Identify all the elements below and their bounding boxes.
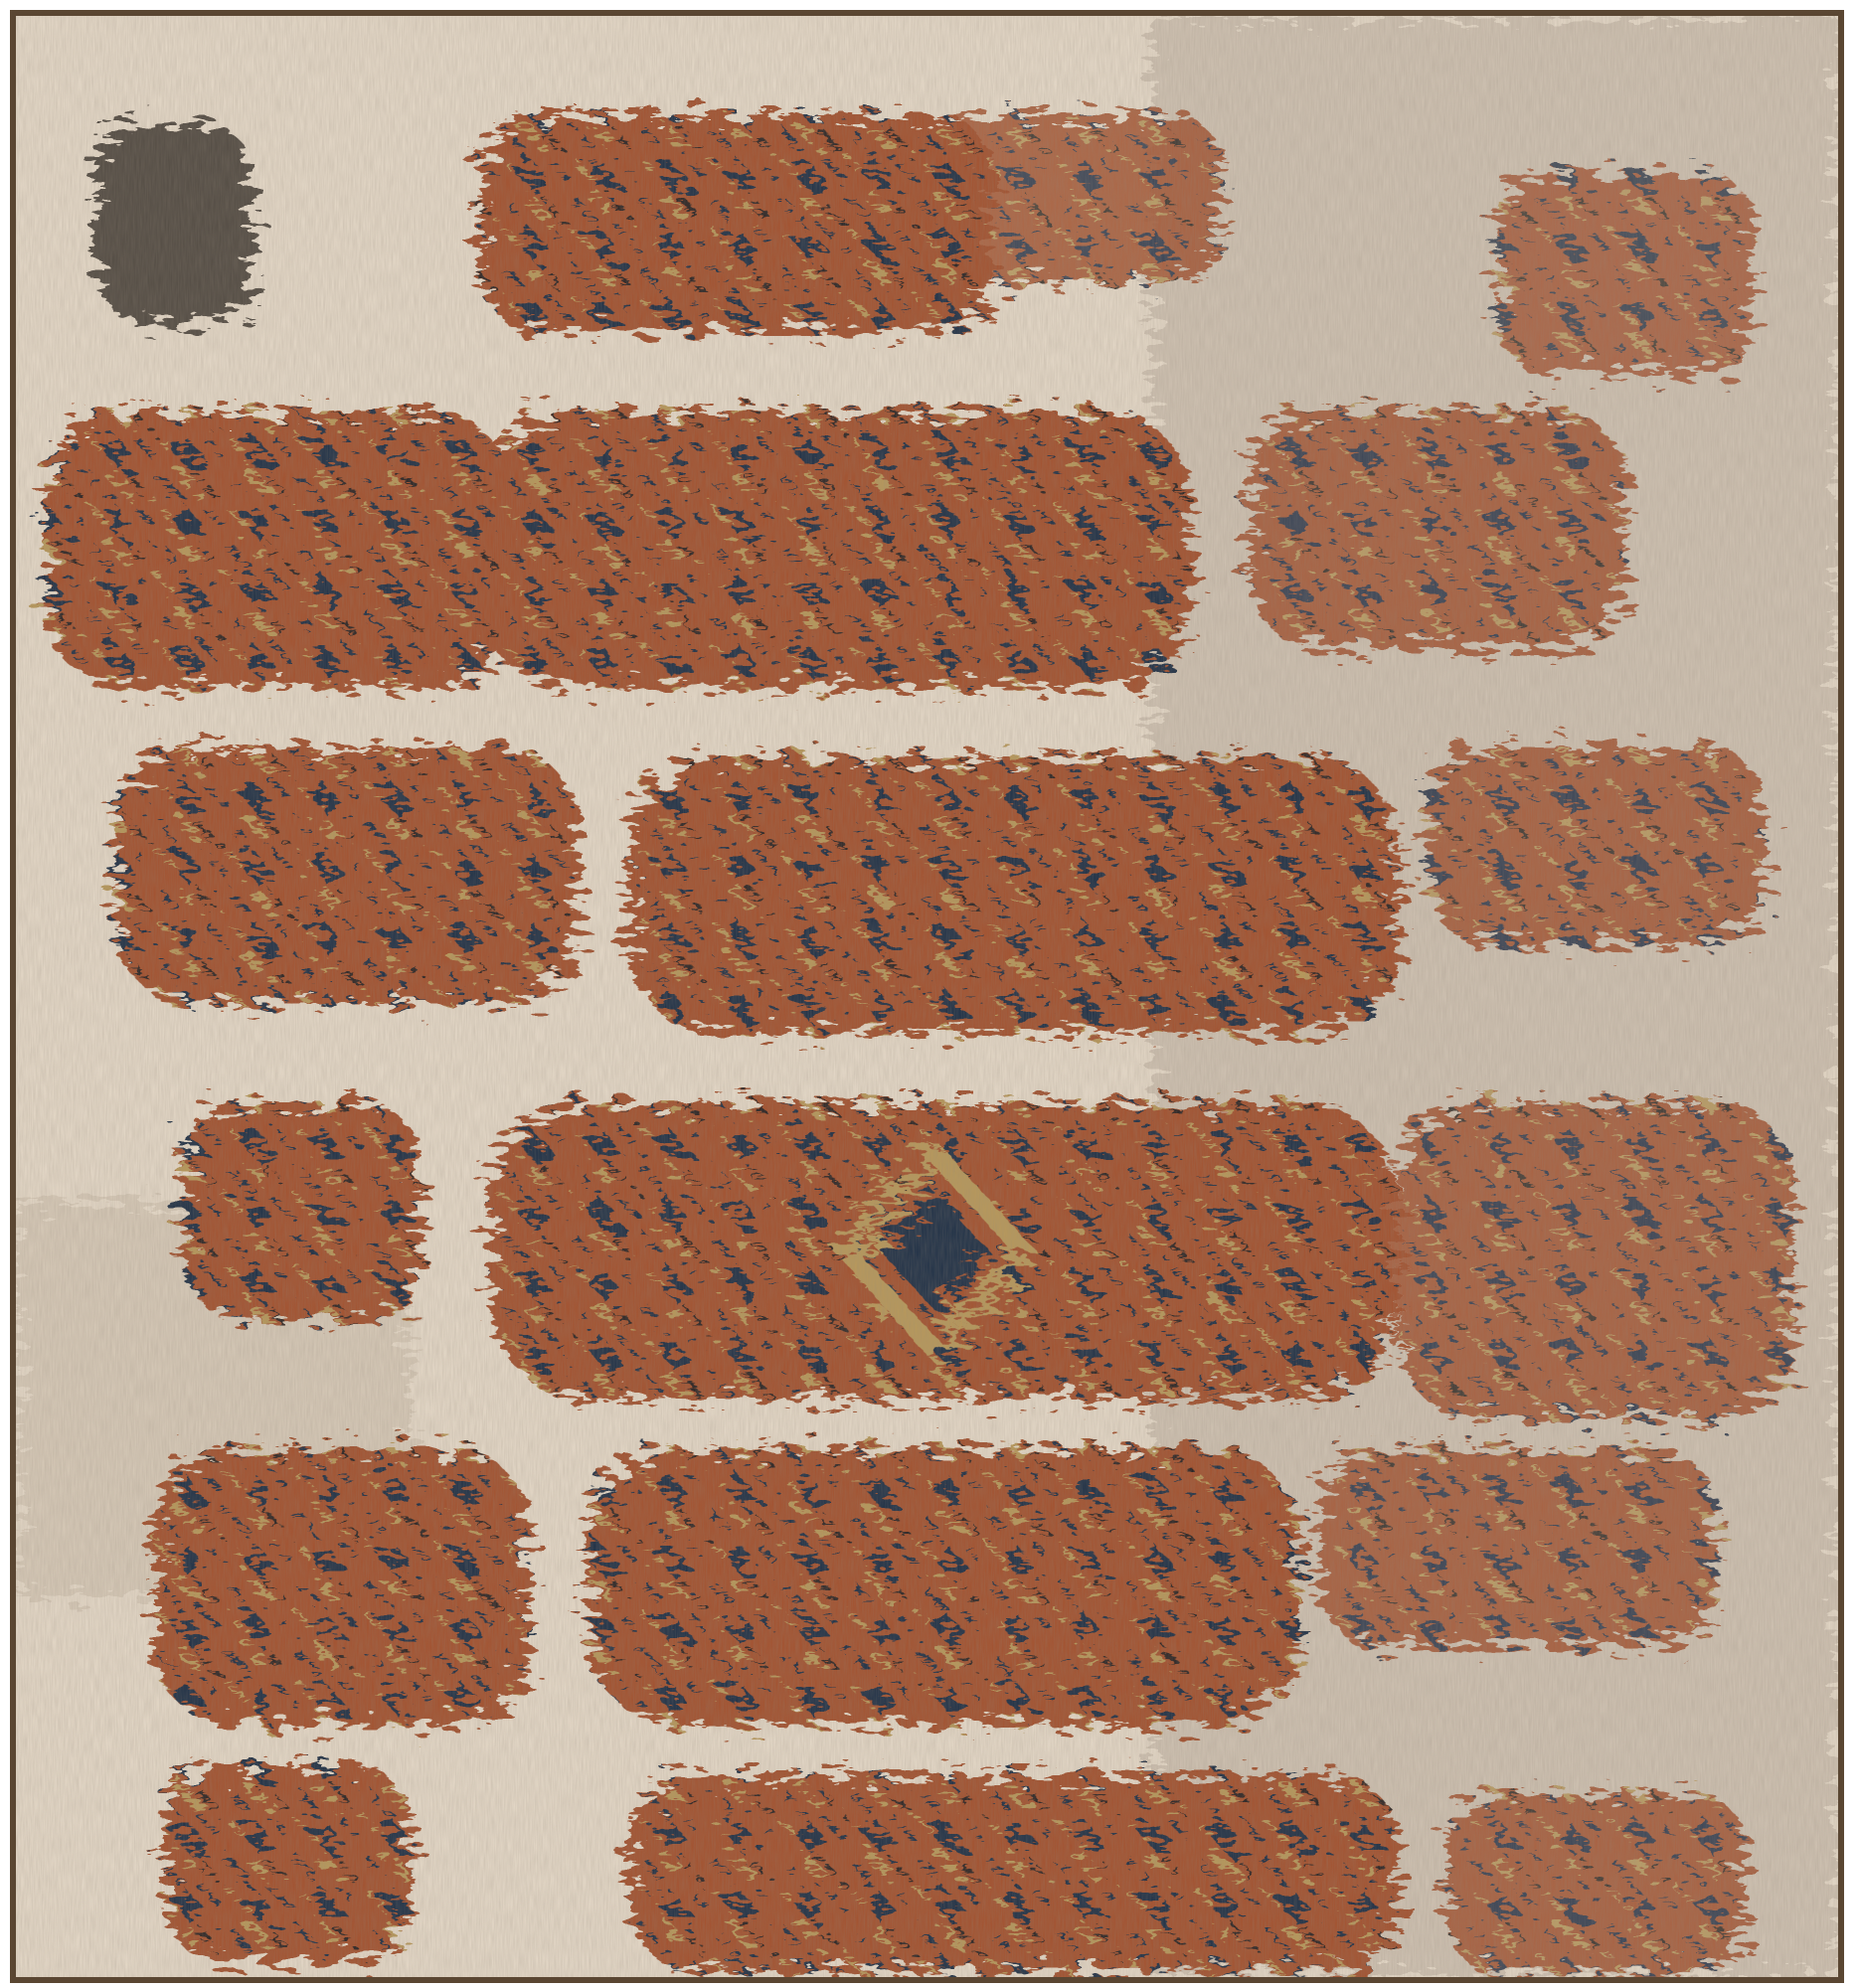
rug-photo [10,10,1844,1983]
rug-pattern [16,16,1838,1977]
